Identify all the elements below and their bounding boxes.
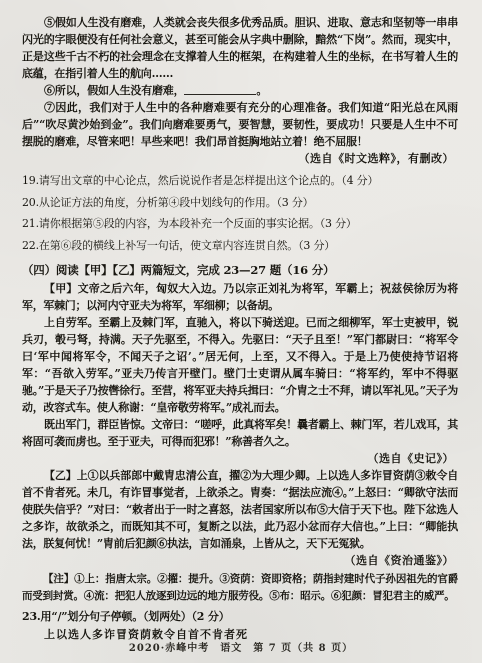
passage-annotations: 【注】①上：指唐太宗。②擢：提升。③资荫：资即资格；荫指封建时代子孙因祖先的官爵… xyxy=(22,571,458,605)
passage-yi-paragraph: 【乙】上①以兵部郎中戴胄忠清公直，擢②为大理少卿。上以选人多诈冒资荫③敕令自首不… xyxy=(22,467,458,552)
essay-paragraph-5: ⑤假如人生没有磨难，人类就会丧失很多优秀品质。胆识、进取、意志和坚韧等一串串闪光… xyxy=(22,14,458,82)
passage-yi-source: （选自《资治通鉴》） xyxy=(22,552,458,569)
question-20: 20.从论证方法的角度，分析第④段中划线句的作用。（3 分） xyxy=(22,192,458,214)
page-footer: 2020·赤峰中考 语文 第 7 页（共 8 页） xyxy=(0,639,482,654)
question-23: 23.用“/”划分句子停顿。（划两处）（2 分） xyxy=(22,607,458,626)
question-21: 21.请你根据第⑤段的内容，为本段补充一个反面的事实论据。（3 分） xyxy=(22,213,458,235)
reading-section-heading: （四）阅读【甲】【乙】两篇短文，完成 23—27 题（16 分） xyxy=(22,260,458,280)
essay-paragraph-7: ⑦因此，我们对于人生中的各种磨难要有充分的心理准备。我们知道“阳光总在风雨后”“… xyxy=(22,99,458,150)
passage-jia-paragraph-3: 既出军门，群臣皆惊。文帝曰：“嗟呼，此真将军矣！曩者霸上、棘门军，若儿戏耳，其将… xyxy=(22,416,458,450)
essay-paragraph-6: ⑥所以，假如人生没有磨难，。 xyxy=(22,82,458,99)
essay-paragraph-6-text: ⑥所以，假如人生没有磨难， xyxy=(44,84,184,97)
question-22: 22.在第⑥段的横线上补写一句话，使文章内容连贯自然。（3 分） xyxy=(22,235,458,257)
question-19: 19.请写出文章的中心论点，然后说说作者是怎样提出这个论点的。（4 分） xyxy=(22,170,458,192)
passage-jia-source: （选自《史记》） xyxy=(22,450,458,467)
passage-jia-paragraph-2: 上自劳军。至霸上及棘门军，直驰入，将以下骑送迎。已而之细柳军，军士吏被甲，锐兵刃… xyxy=(22,314,458,416)
essay-paragraph-6-period: 。 xyxy=(256,84,267,97)
questions-19-22: 19.请写出文章的中心论点，然后说说作者是怎样提出这个论点的。（4 分） 20.… xyxy=(22,170,458,256)
fill-in-blank-line xyxy=(184,93,256,95)
exam-paper-page: ⑤假如人生没有磨难，人类就会丧失很多优秀品质。胆识、进取、意志和坚韧等一串串闪光… xyxy=(0,0,482,663)
passage-jia-paragraph-1: 【甲】文帝之后六年，匈奴大入边。乃以宗正刘礼为将军，军霸上；祝兹侯徐厉为将军，军… xyxy=(22,280,458,314)
essay-source-attribution: （选自《时文选粹》，有删改） xyxy=(22,150,458,167)
